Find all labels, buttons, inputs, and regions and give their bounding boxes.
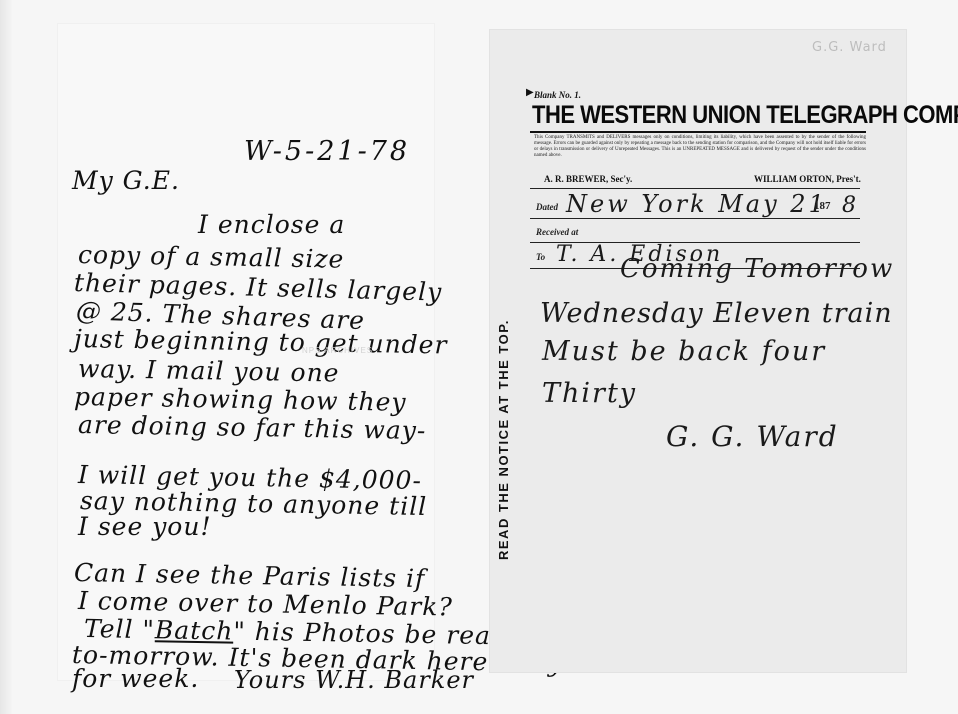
dated-label: Dated (536, 202, 558, 212)
title-rule (530, 131, 866, 133)
telegram-signature: G. G. Ward (666, 420, 839, 453)
telegram-form: G.G. Ward Blank No. 1. ▶ THE WESTERN UNI… (490, 30, 906, 672)
scan-edge-shadow (0, 0, 12, 714)
letter-line: are doing so far this way- (78, 410, 427, 445)
secretary-name: A. R. BREWER, Sec'y. (544, 174, 632, 184)
letter-salutation: My G.E. (72, 166, 180, 195)
letter-line: I see you! (78, 512, 212, 541)
message-line: Must be back four (542, 336, 826, 367)
form-rule (530, 218, 860, 219)
year-suffix: 8 (842, 193, 857, 218)
company-title: THE WESTERN UNION TELEGRAPH COMPANY. (532, 100, 888, 130)
year-prefix: 187 (814, 200, 831, 212)
handwritten-letter: W-5-21-78 My G.E. I enclose a copy of a … (58, 24, 434, 680)
letter-line: for week. (72, 664, 199, 693)
message-line: Thirty (542, 378, 637, 409)
dated-value: New York May 21 (566, 190, 827, 218)
letter-line: I enclose a (198, 210, 345, 239)
to-label: To (536, 252, 545, 262)
archive-watermark: NPS ARCHIVES (302, 346, 373, 355)
president-name: WILLIAM ORTON, Pres't. (754, 174, 861, 184)
received-label: Received at (536, 227, 578, 237)
message-line: Wednesday Eleven train (540, 298, 893, 329)
arrow-mark-icon: ▶ (526, 87, 534, 98)
letter-date: W-5-21-78 (244, 136, 410, 167)
letter-closing: Yours (234, 666, 306, 694)
message-line: Coming Tomorrow (620, 254, 894, 284)
side-notice: READ THE NOTICE AT THE TOP. (496, 319, 511, 560)
form-rule (530, 188, 860, 189)
blank-number: Blank No. 1. (534, 90, 581, 100)
conditions-notice: This Company TRANSMITS and DELIVERS mess… (534, 135, 866, 159)
pencil-annotation: G.G. Ward (812, 40, 887, 55)
letter-signature-name: W.H. Barker (315, 666, 474, 694)
letter-signature: Yours W.H. Barker (234, 666, 474, 694)
